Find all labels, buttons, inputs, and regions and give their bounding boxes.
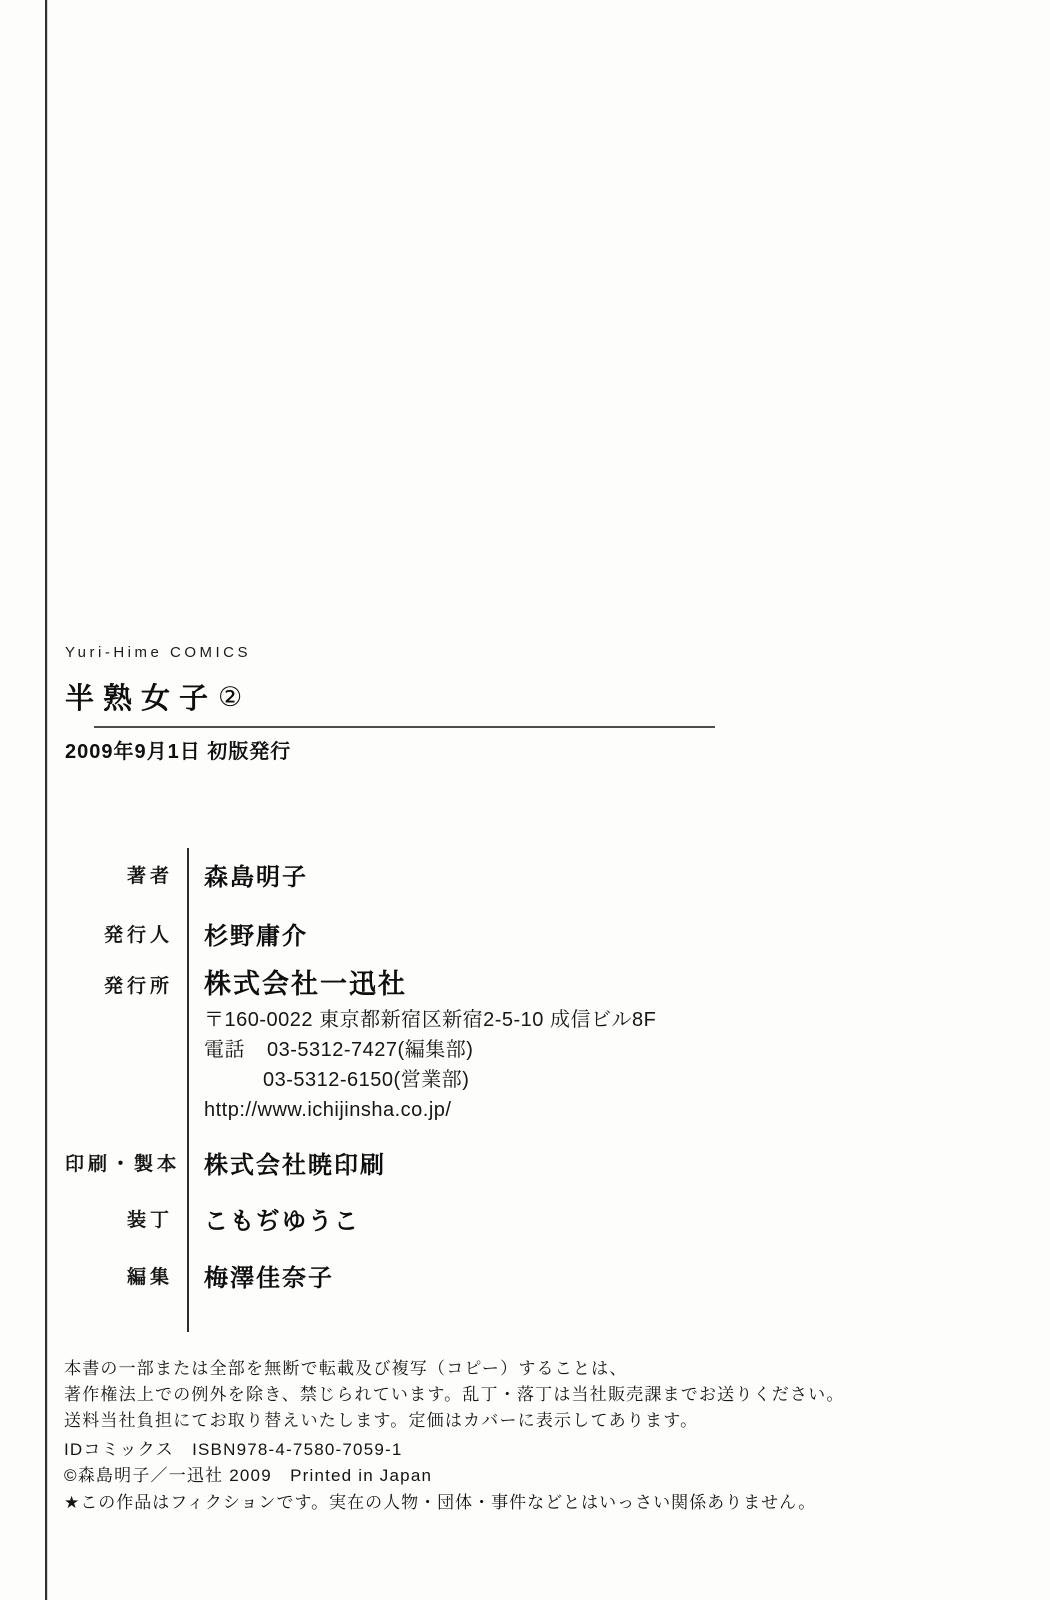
book-title-row: 半熟女子 ② <box>65 676 785 717</box>
colophon-page: Yuri-Hime COMICS 半熟女子 ② 2009年9月1日 初版発行 著… <box>0 0 1050 1600</box>
publisher-address: 〒160-0022 東京都新宿区新宿2-5-10 成信ビル8F <box>204 1005 656 1035</box>
credit-row-publisher-person: 発行人 杉野庸介 <box>65 903 825 963</box>
volume-number-badge: ② <box>218 682 242 713</box>
title-divider-rule <box>94 726 715 728</box>
author-label: 著者 <box>127 866 173 887</box>
publisher-label: 発行所 <box>104 976 173 997</box>
printer-name: 株式会社暁印刷 <box>204 1152 386 1179</box>
credit-row-editor: 編集 梅澤佳奈子 <box>65 1256 825 1294</box>
author-name: 森島明子 <box>204 864 308 891</box>
printer-label: 印刷・製本 <box>65 1154 180 1175</box>
phone-number-editorial: 03-5312-7427(編集部) <box>267 1039 473 1061</box>
credits-vertical-divider <box>187 848 189 1332</box>
title-block: Yuri-Hime COMICS 半熟女子 ② 2009年9月1日 初版発行 <box>65 644 785 764</box>
copyright-line: ©森島明子／一迅社 2009 Printed in Japan <box>64 1463 432 1489</box>
copyright-notice-line-2: 著作権法上での例外を除き、禁じられています。乱丁・落丁は当社販売課までお送りくだ… <box>64 1382 845 1408</box>
publisher-person-name: 杉野庸介 <box>204 923 308 950</box>
phone-label: 電話 <box>204 1035 245 1065</box>
book-title: 半熟女子 <box>65 676 217 717</box>
credits-table: 著者 森島明子 発行人 杉野庸介 発行所 株式会社一迅社 〒160-0022 東… <box>65 845 825 1294</box>
publisher-person-label: 発行人 <box>104 925 173 946</box>
credit-row-author: 著者 森島明子 <box>65 845 825 903</box>
publisher-url: http://www.ichijinsha.co.jp/ <box>204 1095 656 1125</box>
credit-row-printer: 印刷・製本 株式会社暁印刷 <box>65 1143 825 1181</box>
designer-name: こもぢゆうこ <box>204 1208 360 1235</box>
copyright-notice-block: 本書の一部または全部を無断で転載及び複写（コピー）することは、 著作権法上での例… <box>64 1356 845 1434</box>
publisher-phone-sales: 03-5312-6150(営業部) <box>204 1065 656 1095</box>
editor-name: 梅澤佳奈子 <box>204 1265 334 1292</box>
credit-row-publisher: 発行所 株式会社一迅社 〒160-0022 東京都新宿区新宿2-5-10 成信ビ… <box>65 963 825 1125</box>
copyright-notice-line-3: 送料当社負担にてお取り替えいたします。定価はカバーに表示してあります。 <box>64 1408 845 1434</box>
copyright-notice-line-1: 本書の一部または全部を無断で転載及び複写（コピー）することは、 <box>64 1356 845 1382</box>
phone-number-sales: 03-5312-6150(営業部) <box>263 1069 469 1091</box>
designer-label: 装丁 <box>127 1210 173 1231</box>
publisher-company-name: 株式会社一迅社 <box>204 963 656 1005</box>
isbn-block: IDコミックス ISBN978-4-7580-7059-1 ©森島明子／一迅社 … <box>64 1437 432 1489</box>
imprint-label: Yuri-Hime COMICS <box>65 644 785 661</box>
publisher-phone-editorial: 電話03-5312-7427(編集部) <box>204 1035 656 1065</box>
isbn-line: IDコミックス ISBN978-4-7580-7059-1 <box>64 1437 432 1463</box>
fiction-disclaimer: ★この作品はフィクションです。実在の人物・団体・事件などとはいっさい関係ありませ… <box>64 1488 816 1513</box>
credit-row-designer: 装丁 こもぢゆうこ <box>65 1199 825 1237</box>
editor-label: 編集 <box>127 1267 173 1288</box>
scan-gutter-line <box>45 0 47 1600</box>
edition-date: 2009年9月1日 初版発行 <box>65 735 785 764</box>
